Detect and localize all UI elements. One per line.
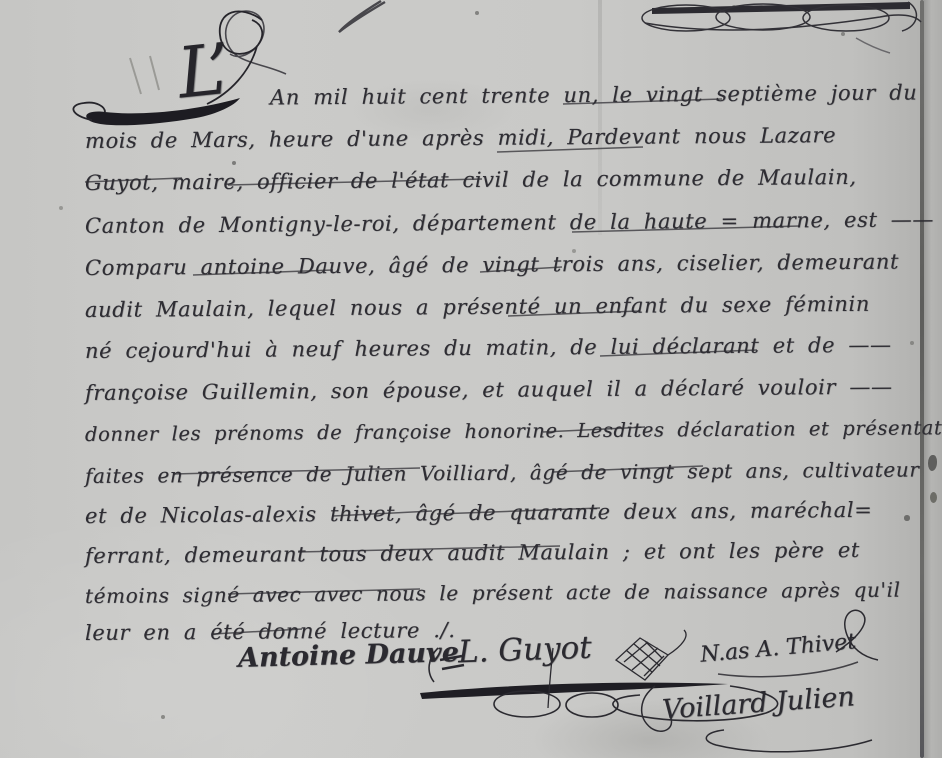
document-scan: L’ An mil huit cent trente un, le vingt … <box>0 0 942 758</box>
signature-mayor: L. Guyot <box>457 630 592 671</box>
signature-father: Antoine Dauve <box>238 637 460 674</box>
top-right-paraph <box>642 2 921 53</box>
